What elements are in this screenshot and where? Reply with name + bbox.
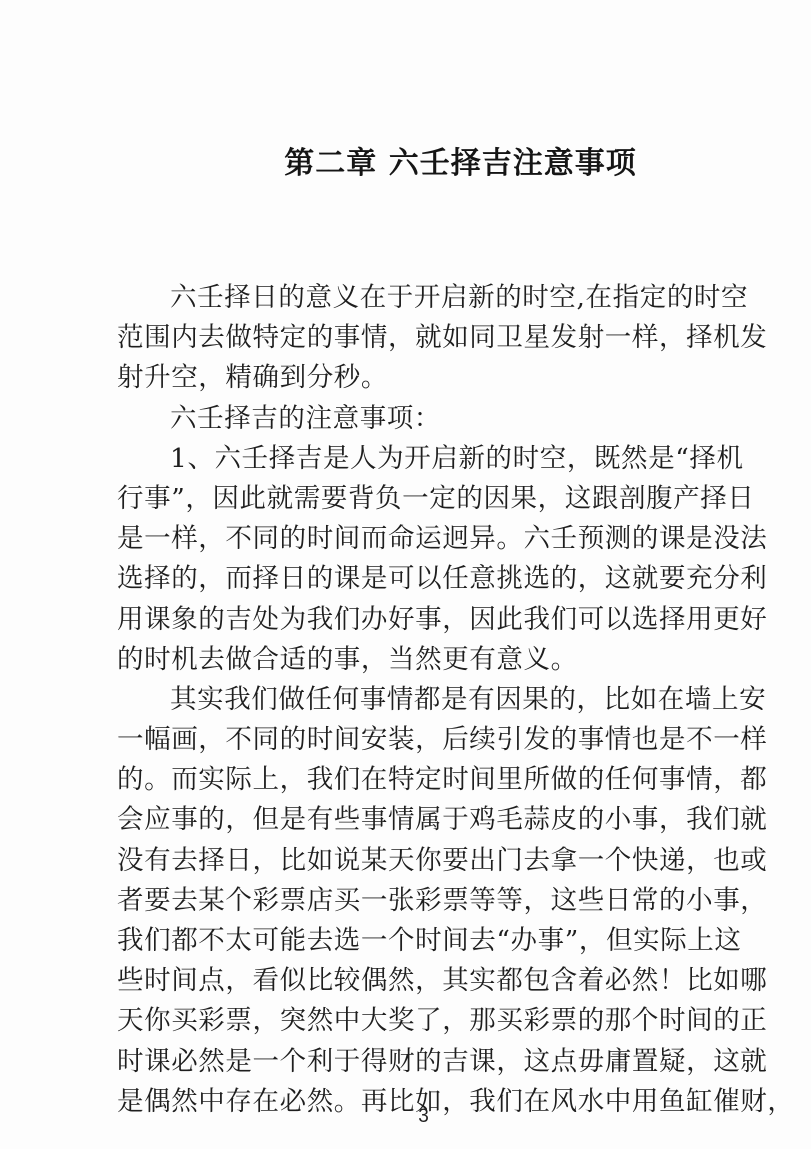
- text-line: 没有去择日，比如说某天你要出门去拿一个快递，也或: [117, 841, 747, 881]
- section-heading-line: 六壬择吉的注意事项：: [117, 399, 747, 439]
- text-line: 时课必然是一个利于得财的吉课，这点毋庸置疑，这就: [117, 1042, 747, 1082]
- text-line: 是一样，不同的时间而命运迥异。六壬预测的课是没法: [117, 519, 747, 559]
- text-line: 的时机去做合适的事，当然更有意义。: [117, 640, 747, 680]
- text-line: 行事”，因此就需要背负一定的因果，这跟剖腹产择日: [117, 479, 747, 519]
- chapter-title: 第二章 六壬择吉注意事项: [0, 138, 811, 182]
- text-line: 我们都不太可能去选一个时间去“办事”，但实际上这: [117, 921, 747, 961]
- text-line: 用课象的吉处为我们办好事，因此我们可以选择用更好: [117, 600, 747, 640]
- text-line: 其实我们做任何事情都是有因果的，比如在墙上安: [117, 680, 747, 720]
- text-line: 一幅画，不同的时间安装，后续引发的事情也是不一样: [117, 720, 747, 760]
- text-line: 六壬择日的意义在于开启新的时空,在指定的时空: [117, 278, 747, 318]
- text-line: 的。而实际上，我们在特定时间里所做的任何事情，都: [117, 760, 747, 800]
- text-line: 选择的，而择日的课是可以任意挑选的，这就要充分利: [117, 559, 747, 599]
- text-line: 些时间点，看似比较偶然，其实都包含着必然！比如哪: [117, 961, 747, 1001]
- text-line: 天你买彩票，突然中大奖了，那买彩票的那个时间的正: [117, 1001, 747, 1041]
- document-page: 第二章 六壬择吉注意事项 六壬择日的意义在于开启新的时空,在指定的时空 范围内去…: [0, 0, 811, 1149]
- text-line: 者要去某个彩票店买一张彩票等等，这些日常的小事，: [117, 881, 747, 921]
- text-line: 范围内去做特定的事情，就如同卫星发射一样，择机发: [117, 318, 747, 358]
- page-number: 3: [0, 1106, 811, 1128]
- list-item-line: 1、六壬择吉是人为开启新的时空，既然是“择机: [117, 439, 747, 479]
- body-text: 六壬择日的意义在于开启新的时空,在指定的时空 范围内去做特定的事情，就如同卫星发…: [117, 278, 747, 1122]
- text-line: 会应事的，但是有些事情属于鸡毛蒜皮的小事，我们就: [117, 800, 747, 840]
- text-line: 射升空，精确到分秒。: [117, 358, 747, 398]
